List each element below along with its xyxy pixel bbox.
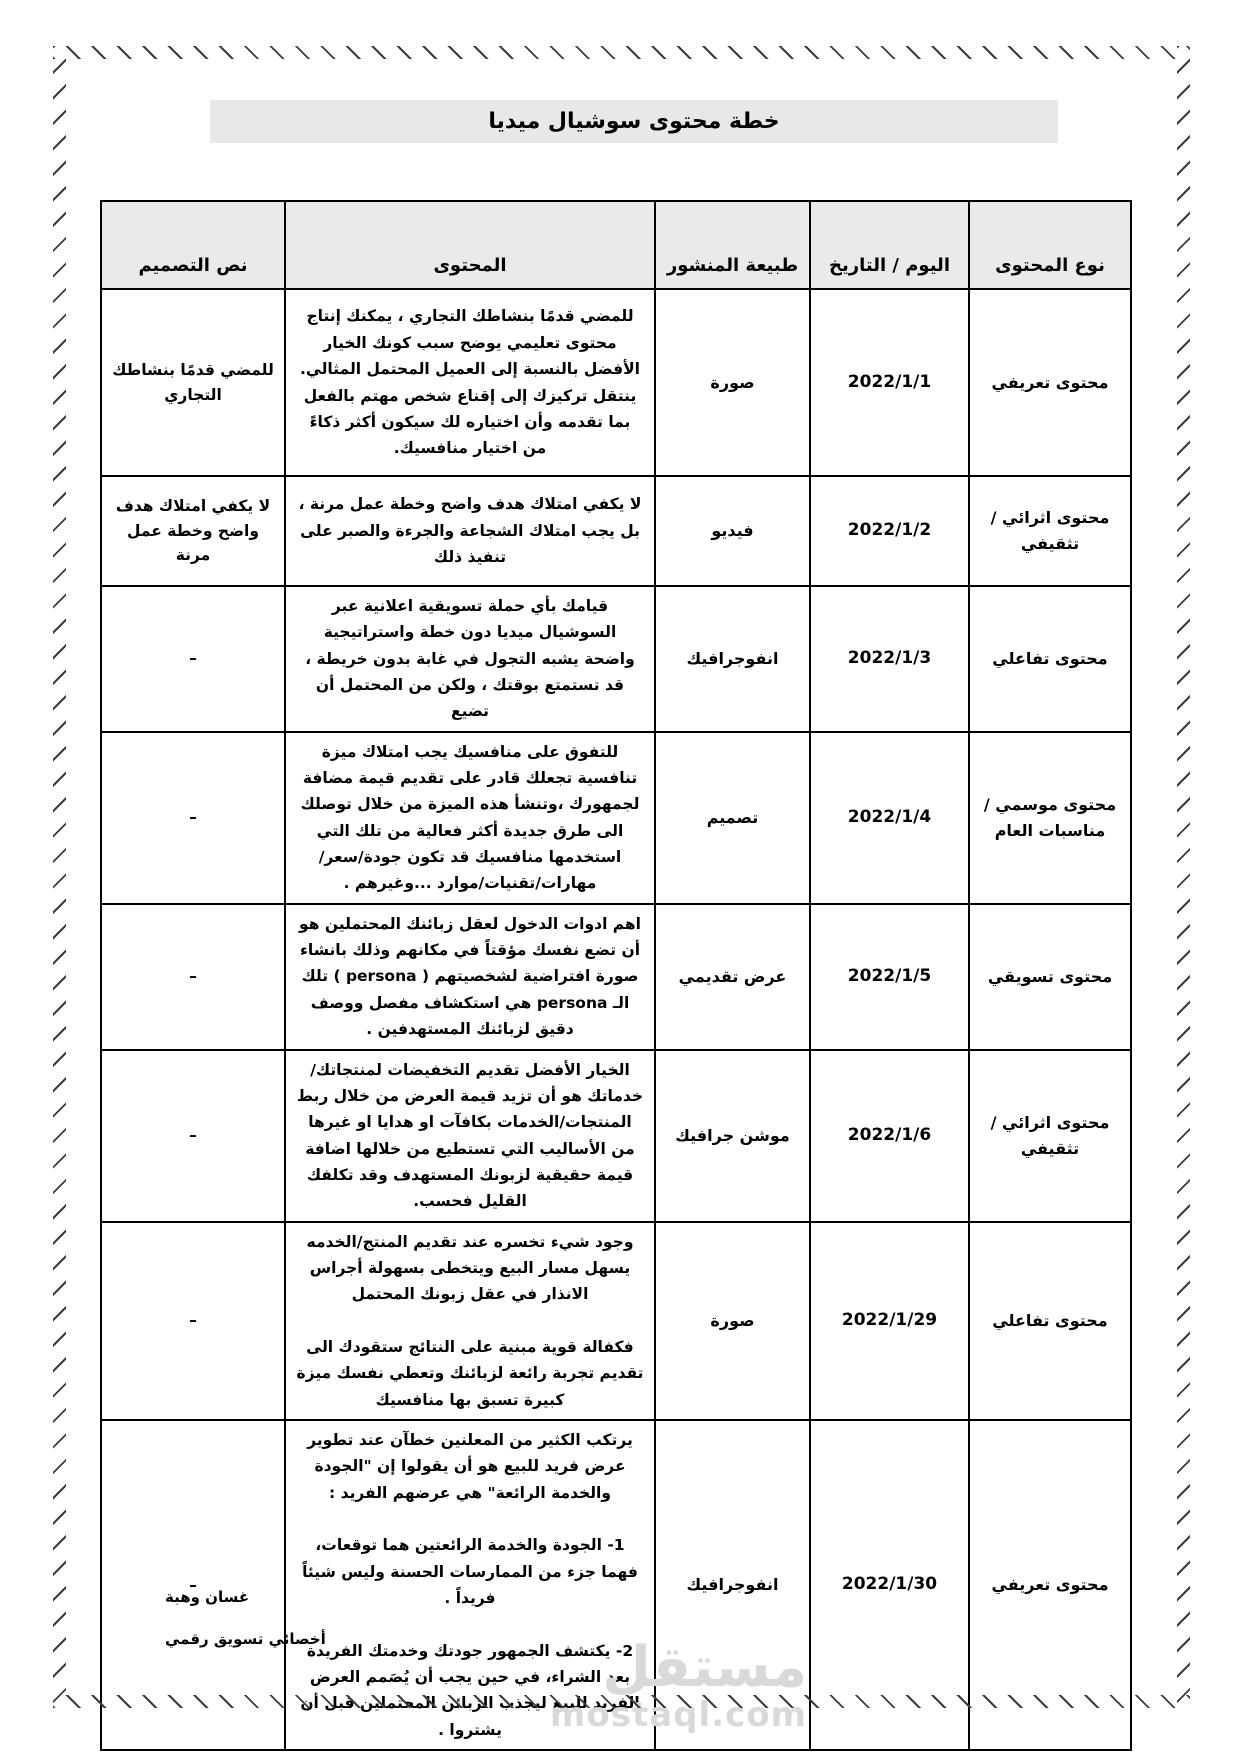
cell-date: 2022/1/29: [810, 1222, 969, 1420]
cell-content-type: محتوى اثرائي / تثقيفي: [969, 1050, 1131, 1222]
author-name: غسان وهبة: [165, 1588, 385, 1606]
cell-date: 2022/1/5: [810, 904, 969, 1050]
cell-content: قيامك بأي حملة تسويقية اعلانية عبر السوش…: [285, 586, 655, 732]
table-row: محتوى اثرائي / تثقيفي 2022/1/6 موشن جراف…: [101, 1050, 1131, 1222]
cell-post-format: عرض تقديمي: [655, 904, 810, 1050]
cell-content-type: محتوى موسمي / مناسبات العام: [969, 732, 1131, 904]
table-row: محتوى اثرائي / تثقيفي 2022/1/2 فيديو لا …: [101, 476, 1131, 586]
cell-content-type: محتوى تعريفي: [969, 289, 1131, 476]
cell-date: 2022/1/6: [810, 1050, 969, 1222]
mostaql-logo: مستقل: [515, 1640, 807, 1696]
header-row: نوع المحتوى اليوم / التاريخ طبيعة المنشو…: [101, 201, 1131, 289]
page-border-left: [53, 46, 66, 1708]
signature-block: غسان وهبة أخصائي تسويق رقمي: [165, 1588, 385, 1648]
table-row: محتوى تفاعلي 2022/1/29 صورة وجود شيء تخس…: [101, 1222, 1131, 1420]
table-row: محتوى موسمي / مناسبات العام 2022/1/4 تصم…: [101, 732, 1131, 904]
table-row: محتوى تعريفي 2022/1/1 صورة للمضي قدمًا ب…: [101, 289, 1131, 476]
cell-design-text: لا يكفي امتلاك هدف واضح وخطة عمل مرنة: [101, 476, 285, 586]
cell-content: اهم ادوات الدخول لعقل زبائنك المحتملين ه…: [285, 904, 655, 1050]
document-page: خطة محتوى سوشيال ميديا نوع المحتوى اليوم…: [0, 0, 1241, 1755]
cell-content: لا يكفي امتلاك هدف واضح وخطة عمل مرنة ، …: [285, 476, 655, 586]
author-role: أخصائي تسويق رقمي: [165, 1630, 385, 1648]
table-row: محتوى تسويقي 2022/1/5 عرض تقديمي اهم ادو…: [101, 904, 1131, 1050]
header-post-format: طبيعة المنشور: [655, 201, 810, 289]
page-border-right: [1177, 46, 1190, 1708]
document-title-bar: خطة محتوى سوشيال ميديا: [210, 100, 1058, 143]
cell-date: 2022/1/1: [810, 289, 969, 476]
cell-design-text: –: [101, 1222, 285, 1420]
page-border-top: [53, 46, 1190, 59]
cell-content: للتفوق على منافسيك يجب امتلاك ميزة تنافس…: [285, 732, 655, 904]
cell-content-type: محتوى تفاعلي: [969, 1222, 1131, 1420]
header-date: اليوم / التاريخ: [810, 201, 969, 289]
cell-post-format: فيديو: [655, 476, 810, 586]
cell-design-text: –: [101, 1050, 285, 1222]
document-title: خطة محتوى سوشيال ميديا: [488, 109, 779, 134]
header-content-type: نوع المحتوى: [969, 201, 1131, 289]
cell-content: وجود شيء تخسره عند تقديم المنتج/الخدمه ي…: [285, 1222, 655, 1420]
content-plan-table: نوع المحتوى اليوم / التاريخ طبيعة المنشو…: [100, 200, 1132, 1751]
page-border-bottom: [53, 1695, 1190, 1708]
cell-design-text: للمضي قدمًا بنشاطك التجاري: [101, 289, 285, 476]
cell-post-format: صورة: [655, 289, 810, 476]
watermark: مستقل mostaql.com: [515, 1640, 807, 1732]
cell-post-format: موشن جرافيك: [655, 1050, 810, 1222]
cell-post-format: انفوجرافيك: [655, 586, 810, 732]
cell-date: 2022/1/4: [810, 732, 969, 904]
cell-content: الخيار الأفضل تقديم التخفيضات لمنتجاتك/خ…: [285, 1050, 655, 1222]
header-design-text: نص التصميم: [101, 201, 285, 289]
table-row: محتوى تفاعلي 2022/1/3 انفوجرافيك قيامك ب…: [101, 586, 1131, 732]
cell-design-text: –: [101, 904, 285, 1050]
cell-content: للمضي قدمًا بنشاطك التجاري ، يمكنك إنتاج…: [285, 289, 655, 476]
cell-date: 2022/1/2: [810, 476, 969, 586]
cell-post-format: تصميم: [655, 732, 810, 904]
cell-design-text: –: [101, 586, 285, 732]
cell-content-type: محتوى تفاعلي: [969, 586, 1131, 732]
cell-content-type: محتوى اثرائي / تثقيفي: [969, 476, 1131, 586]
cell-post-format: صورة: [655, 1222, 810, 1420]
header-content: المحتوى: [285, 201, 655, 289]
cell-design-text: –: [101, 732, 285, 904]
cell-date: 2022/1/3: [810, 586, 969, 732]
cell-content-type: محتوى تسويقي: [969, 904, 1131, 1050]
